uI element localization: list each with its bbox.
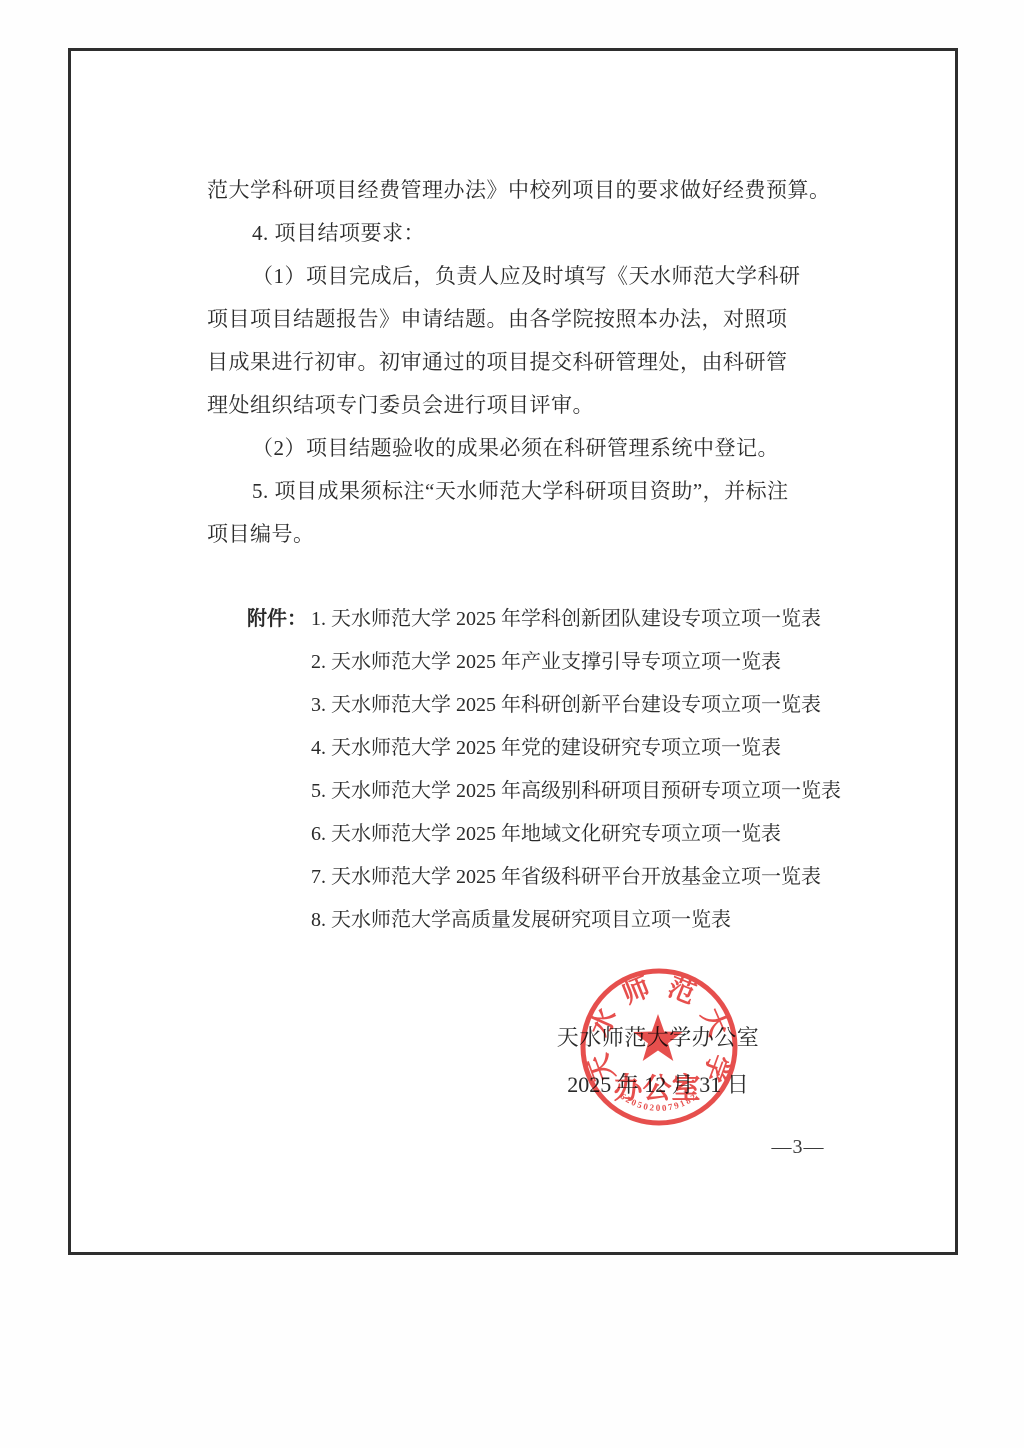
attachments-label: 附件： <box>247 598 307 641</box>
body-line: （1）项目完成后，负责人应及时填写《天水师范大学科研 <box>207 255 887 298</box>
attachment-item: 1. 天水师范大学 2025 年学科创新团队建设专项立项一览表 <box>311 598 841 641</box>
attachment-item: 5. 天水师范大学 2025 年高级别科研项目预研专项立项一览表 <box>311 770 841 813</box>
signature-date: 2025 年 12 月 31 日 <box>518 1068 798 1099</box>
body-line: 理处组织结项专门委员会进行项目评审。 <box>207 384 887 427</box>
document-page: 范大学科研项目经费管理办法》中校列项目的要求做好经费预算。4. 项目结项要求：（… <box>0 0 1024 1448</box>
attachment-item: 3. 天水师范大学 2025 年科研创新平台建设专项立项一览表 <box>311 684 841 727</box>
signature-organization: 天水师范大学办公室 <box>518 1021 798 1052</box>
attachments-section: 附件： 1. 天水师范大学 2025 年学科创新团队建设专项立项一览表2. 天水… <box>247 598 841 942</box>
body-line: 4. 项目结项要求： <box>207 212 887 255</box>
attachment-item: 8. 天水师范大学高质量发展研究项目立项一览表 <box>311 899 841 942</box>
attachment-item: 7. 天水师范大学 2025 年省级科研平台开放基金立项一览表 <box>311 856 841 899</box>
body-text: 范大学科研项目经费管理办法》中校列项目的要求做好经费预算。4. 项目结项要求：（… <box>207 169 887 556</box>
body-line: 项目项目结题报告》申请结题。由各学院按照本办法，对照项 <box>207 298 887 341</box>
attachment-item: 4. 天水师范大学 2025 年党的建设研究专项立项一览表 <box>311 727 841 770</box>
body-line: 项目编号。 <box>207 513 887 556</box>
body-line: 5. 项目成果须标注“天水师范大学科研项目资助”，并标注 <box>207 470 887 513</box>
attachment-item: 2. 天水师范大学 2025 年产业支撑引导专项立项一览表 <box>311 641 841 684</box>
attachments-list: 1. 天水师范大学 2025 年学科创新团队建设专项立项一览表2. 天水师范大学… <box>311 598 841 942</box>
page-number: —3— <box>743 1136 853 1159</box>
body-line: （2）项目结题验收的成果必须在科研管理系统中登记。 <box>207 427 887 470</box>
body-line: 范大学科研项目经费管理办法》中校列项目的要求做好经费预算。 <box>207 169 887 212</box>
body-line: 目成果进行初审。初审通过的项目提交科研管理处，由科研管 <box>207 341 887 384</box>
attachment-item: 6. 天水师范大学 2025 年地域文化研究专项立项一览表 <box>311 813 841 856</box>
